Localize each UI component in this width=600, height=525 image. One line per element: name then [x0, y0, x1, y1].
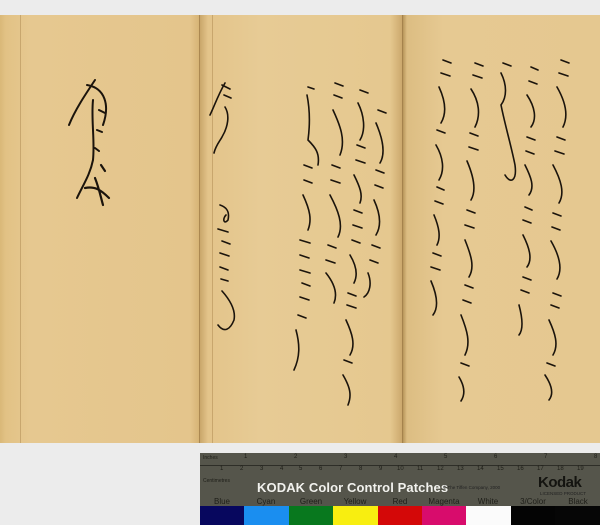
cm-mark: 15: [497, 466, 504, 472]
inch-mark: 8: [594, 454, 597, 460]
color-patches: [200, 506, 600, 525]
inch-mark: 2: [294, 454, 297, 460]
cm-mark: 9: [379, 466, 382, 472]
cm-mark: 7: [339, 466, 342, 472]
cm-mark: 13: [457, 466, 464, 472]
cm-mark: 2: [240, 466, 243, 472]
kodak-licensed-label: LICENSED PRODUCT: [540, 491, 586, 496]
patch-label-yellow: Yellow: [333, 497, 377, 506]
patch-label-blue: Blue: [200, 497, 244, 506]
kodak-strip-title: KODAK Color Control Patches: [257, 480, 448, 495]
inch-mark: 7: [544, 454, 547, 460]
page-margin-line: [20, 15, 21, 443]
script-columns-middle: [200, 15, 403, 443]
cm-mark: 1: [220, 466, 223, 472]
kodak-logo: Kodak: [538, 474, 581, 491]
script-columns-right: [403, 15, 600, 443]
patch-blue: [200, 506, 244, 525]
patch-yellow: [333, 506, 377, 525]
patch-magenta: [422, 506, 466, 525]
inch-mark: 6: [494, 454, 497, 460]
cm-mark: 5: [299, 466, 302, 472]
patch-black: [555, 506, 599, 525]
cm-mark: 6: [319, 466, 322, 472]
kodak-copyright: © The Tiffen Company, 2000: [443, 485, 500, 490]
cm-mark: 18: [557, 466, 564, 472]
patch-label-green: Green: [289, 497, 333, 506]
ruler-inches-label: Inches: [203, 455, 218, 461]
inch-mark: 5: [444, 454, 447, 460]
kodak-color-control-strip: Inches 1 2 3 4 5 6 7 8 1 2 3 4 5 6 7 8 9…: [200, 453, 600, 525]
patch-green: [289, 506, 333, 525]
cm-mark: 19: [577, 466, 584, 472]
manuscript-scan: [0, 15, 600, 443]
cm-mark: 8: [359, 466, 362, 472]
cm-mark: 11: [417, 466, 423, 472]
patch-red: [378, 506, 422, 525]
cm-mark: 17: [537, 466, 544, 472]
cm-mark: 4: [280, 466, 283, 472]
cm-mark: 14: [477, 466, 484, 472]
patch-label-red: Red: [378, 497, 422, 506]
patch-cyan: [244, 506, 288, 525]
inch-mark: 1: [244, 454, 247, 460]
script-signature-glyph: [65, 70, 135, 220]
patch-label-3color: 3/Color: [511, 497, 555, 506]
patch-white: [466, 506, 510, 525]
manuscript-page-right: [403, 15, 600, 443]
patch-label-black: Black: [556, 497, 600, 506]
patch-label-magenta: Magenta: [422, 497, 466, 506]
patch-labels: Blue Cyan Green Yellow Red Magenta White…: [200, 497, 600, 506]
manuscript-page-middle: [200, 15, 403, 443]
inch-mark: 3: [344, 454, 347, 460]
inch-mark: 4: [394, 454, 397, 460]
ruler-cm-label: Centimetres: [203, 478, 230, 484]
manuscript-page-left: [0, 15, 200, 443]
patch-label-white: White: [466, 497, 510, 506]
cm-mark: 3: [260, 466, 263, 472]
cm-mark: 10: [397, 466, 404, 472]
patch-3color: [511, 506, 555, 525]
cm-mark: 12: [437, 466, 444, 472]
cm-mark: 16: [517, 466, 524, 472]
patch-label-cyan: Cyan: [244, 497, 288, 506]
